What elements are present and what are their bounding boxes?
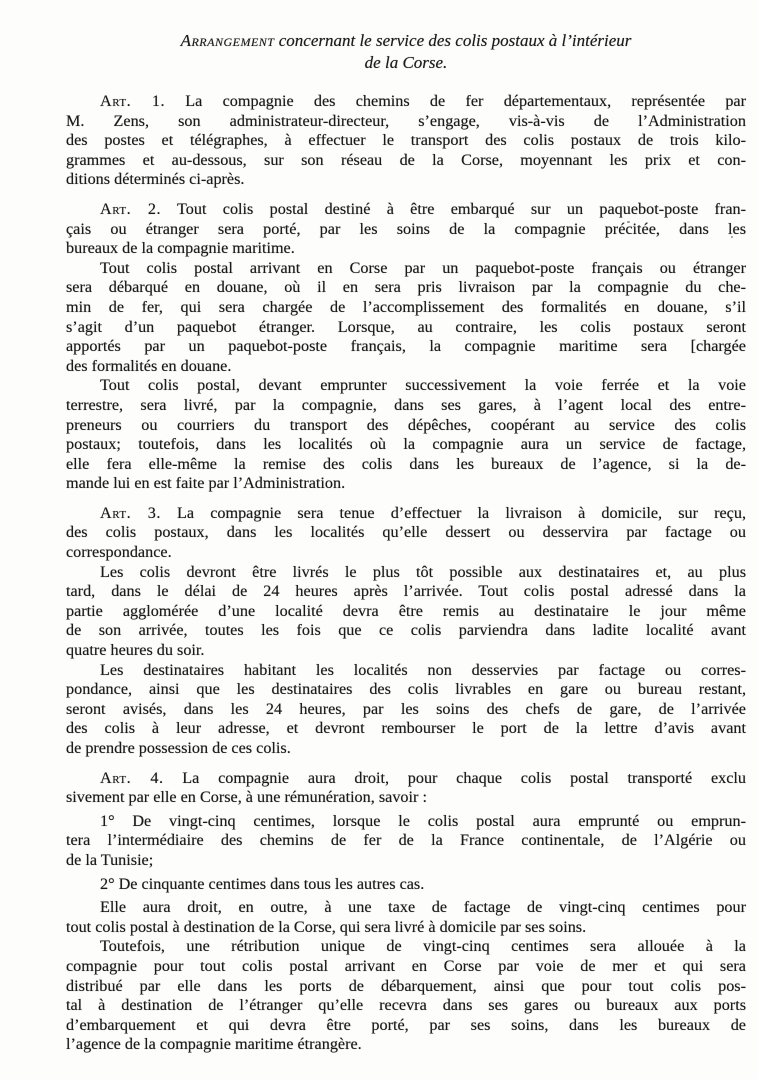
text-line: Art. 3. La compagnie sera tenue d’effect… xyxy=(66,504,746,524)
text-line: des colis à leur adresse, et devront rem… xyxy=(66,719,746,739)
paragraph: Art. 1. La compagnie des chemins de fer … xyxy=(66,92,746,190)
text-line: Art. 1. La compagnie des chemins de fer … xyxy=(66,92,746,112)
paragraph: Art. 3. La compagnie sera tenue d’effect… xyxy=(66,504,746,563)
paragraph: 1° De vingt-cinq centimes, lorsque le co… xyxy=(66,812,746,871)
text-line: elle fera elle-même la remise des colis … xyxy=(66,455,746,475)
text-line: des colis postaux, dans les localités qu… xyxy=(66,523,746,543)
text-line: partie agglomérée d’une localité devra ê… xyxy=(66,602,746,622)
text-line: 2° De cinquante centimes dans tous les a… xyxy=(66,875,746,895)
article-label: Art. 3. xyxy=(100,504,161,522)
text-line: seront avisés, dans les 24 heures, par l… xyxy=(66,700,746,720)
text-line: preneurs ou courriers du transport des d… xyxy=(66,416,746,436)
text-line: tard, dans le délai de 24 heures après l… xyxy=(66,582,746,602)
text-line: de la Tunisie; xyxy=(66,851,746,871)
text-line: M. Zens, son administrateur-directeur, s… xyxy=(66,112,746,132)
text-line: tera l’intermédiaire des chemins de fer … xyxy=(66,831,746,851)
text-line: çais ou étranger sera porté, par les soi… xyxy=(66,220,746,240)
paragraph: Tout colis postal, devant emprunter succ… xyxy=(66,376,746,494)
text-line: tout colis postal à destination de la Co… xyxy=(66,918,746,938)
title-line-1: Arrangement concernant le service des co… xyxy=(66,30,746,52)
text-line: quatre heures du soir. xyxy=(66,641,746,661)
paragraph: Elle aura droit, en outre, à une taxe de… xyxy=(66,898,746,937)
paragraph: Art. 2. Tout colis postal destiné à être… xyxy=(66,200,746,259)
document-body: Art. 1. La compagnie des chemins de fer … xyxy=(66,92,746,1055)
title-rest: concernant le service des colis postaux … xyxy=(274,31,631,50)
document-content: Arrangement concernant le service des co… xyxy=(66,30,746,1055)
text-line: sivement par elle en Corse, à une rémuné… xyxy=(66,788,746,808)
text-line: Elle aura droit, en outre, à une taxe de… xyxy=(66,898,746,918)
text-line: des formalités en douane. xyxy=(66,357,746,377)
paragraph: Les destinataires habitant les localités… xyxy=(66,661,746,759)
text-line: compagnie pour tout colis postal arrivan… xyxy=(66,957,746,977)
text-line: Toutefois, une rétribution unique de vin… xyxy=(66,937,746,957)
text-line: tal à destination de l’étranger qu’elle … xyxy=(66,996,746,1016)
text-line: l’agence de la compagnie maritime étrang… xyxy=(66,1035,746,1055)
article-label: Art. 4. xyxy=(100,769,164,787)
text-line: Art. 4. La compagnie aura droit, pour ch… xyxy=(66,769,746,789)
title-line-2: de la Corse. xyxy=(66,52,746,74)
text-line: des postes et télégraphes, à effectuer l… xyxy=(66,131,746,151)
document-title: Arrangement concernant le service des co… xyxy=(66,30,746,74)
text-line: Tout colis postal, devant emprunter succ… xyxy=(66,376,746,396)
text-line: mande lui en est faite par l’Administrat… xyxy=(66,474,746,494)
text-line: terrestre, sera livré, par la compagnie,… xyxy=(66,396,746,416)
text-line: postaux; toutefois, dans les localités o… xyxy=(66,435,746,455)
text-line: ditions déterminés ci-après. xyxy=(66,170,746,190)
text-line: Art. 2. Tout colis postal destiné à être… xyxy=(66,200,746,220)
text-line: bureaux de la compagnie maritime. xyxy=(66,239,746,259)
text-line: Les colis devront être livrés le plus tô… xyxy=(66,563,746,583)
text-line: Tout colis postal arrivant en Corse par … xyxy=(66,259,746,279)
paragraph: Art. 4. La compagnie aura droit, pour ch… xyxy=(66,769,746,808)
scanned-document-page: Arrangement concernant le service des co… xyxy=(0,0,758,1080)
text-line: grammes et au-dessous, sur son réseau de… xyxy=(66,151,746,171)
paragraph: Les colis devront être livrés le plus tô… xyxy=(66,563,746,661)
text-line: distribué par elle dans les ports de déb… xyxy=(66,977,746,997)
text-line: 1° De vingt-cinq centimes, lorsque le co… xyxy=(66,812,746,832)
paragraph: Tout colis postal arrivant en Corse par … xyxy=(66,259,746,377)
text-line: apportés par un paquebot-poste français,… xyxy=(66,337,746,357)
text-line: Les destinataires habitant les localités… xyxy=(66,661,746,681)
text-line: de son arrivée, toutes les fois que ce c… xyxy=(66,621,746,641)
text-line: s’agit d’un paquebot étranger. Lorsque, … xyxy=(66,318,746,338)
paragraph: 2° De cinquante centimes dans tous les a… xyxy=(66,875,746,895)
text-line: de prendre possession de ces colis. xyxy=(66,739,746,759)
text-line: sera débarqué en douane, où il en sera p… xyxy=(66,278,746,298)
text-line: pondance, ainsi que les destinataires de… xyxy=(66,680,746,700)
text-line: d’embarquement et qui devra être porté, … xyxy=(66,1016,746,1036)
text-line: correspondance. xyxy=(66,543,746,563)
paragraph: Toutefois, une rétribution unique de vin… xyxy=(66,937,746,1055)
title-keyword: Arrangement xyxy=(181,31,275,50)
article-label: Art. 1. xyxy=(100,92,165,110)
text-line: min de fer, qui sera chargée de l’accomp… xyxy=(66,298,746,318)
article-label: Art. 2. xyxy=(100,200,161,218)
